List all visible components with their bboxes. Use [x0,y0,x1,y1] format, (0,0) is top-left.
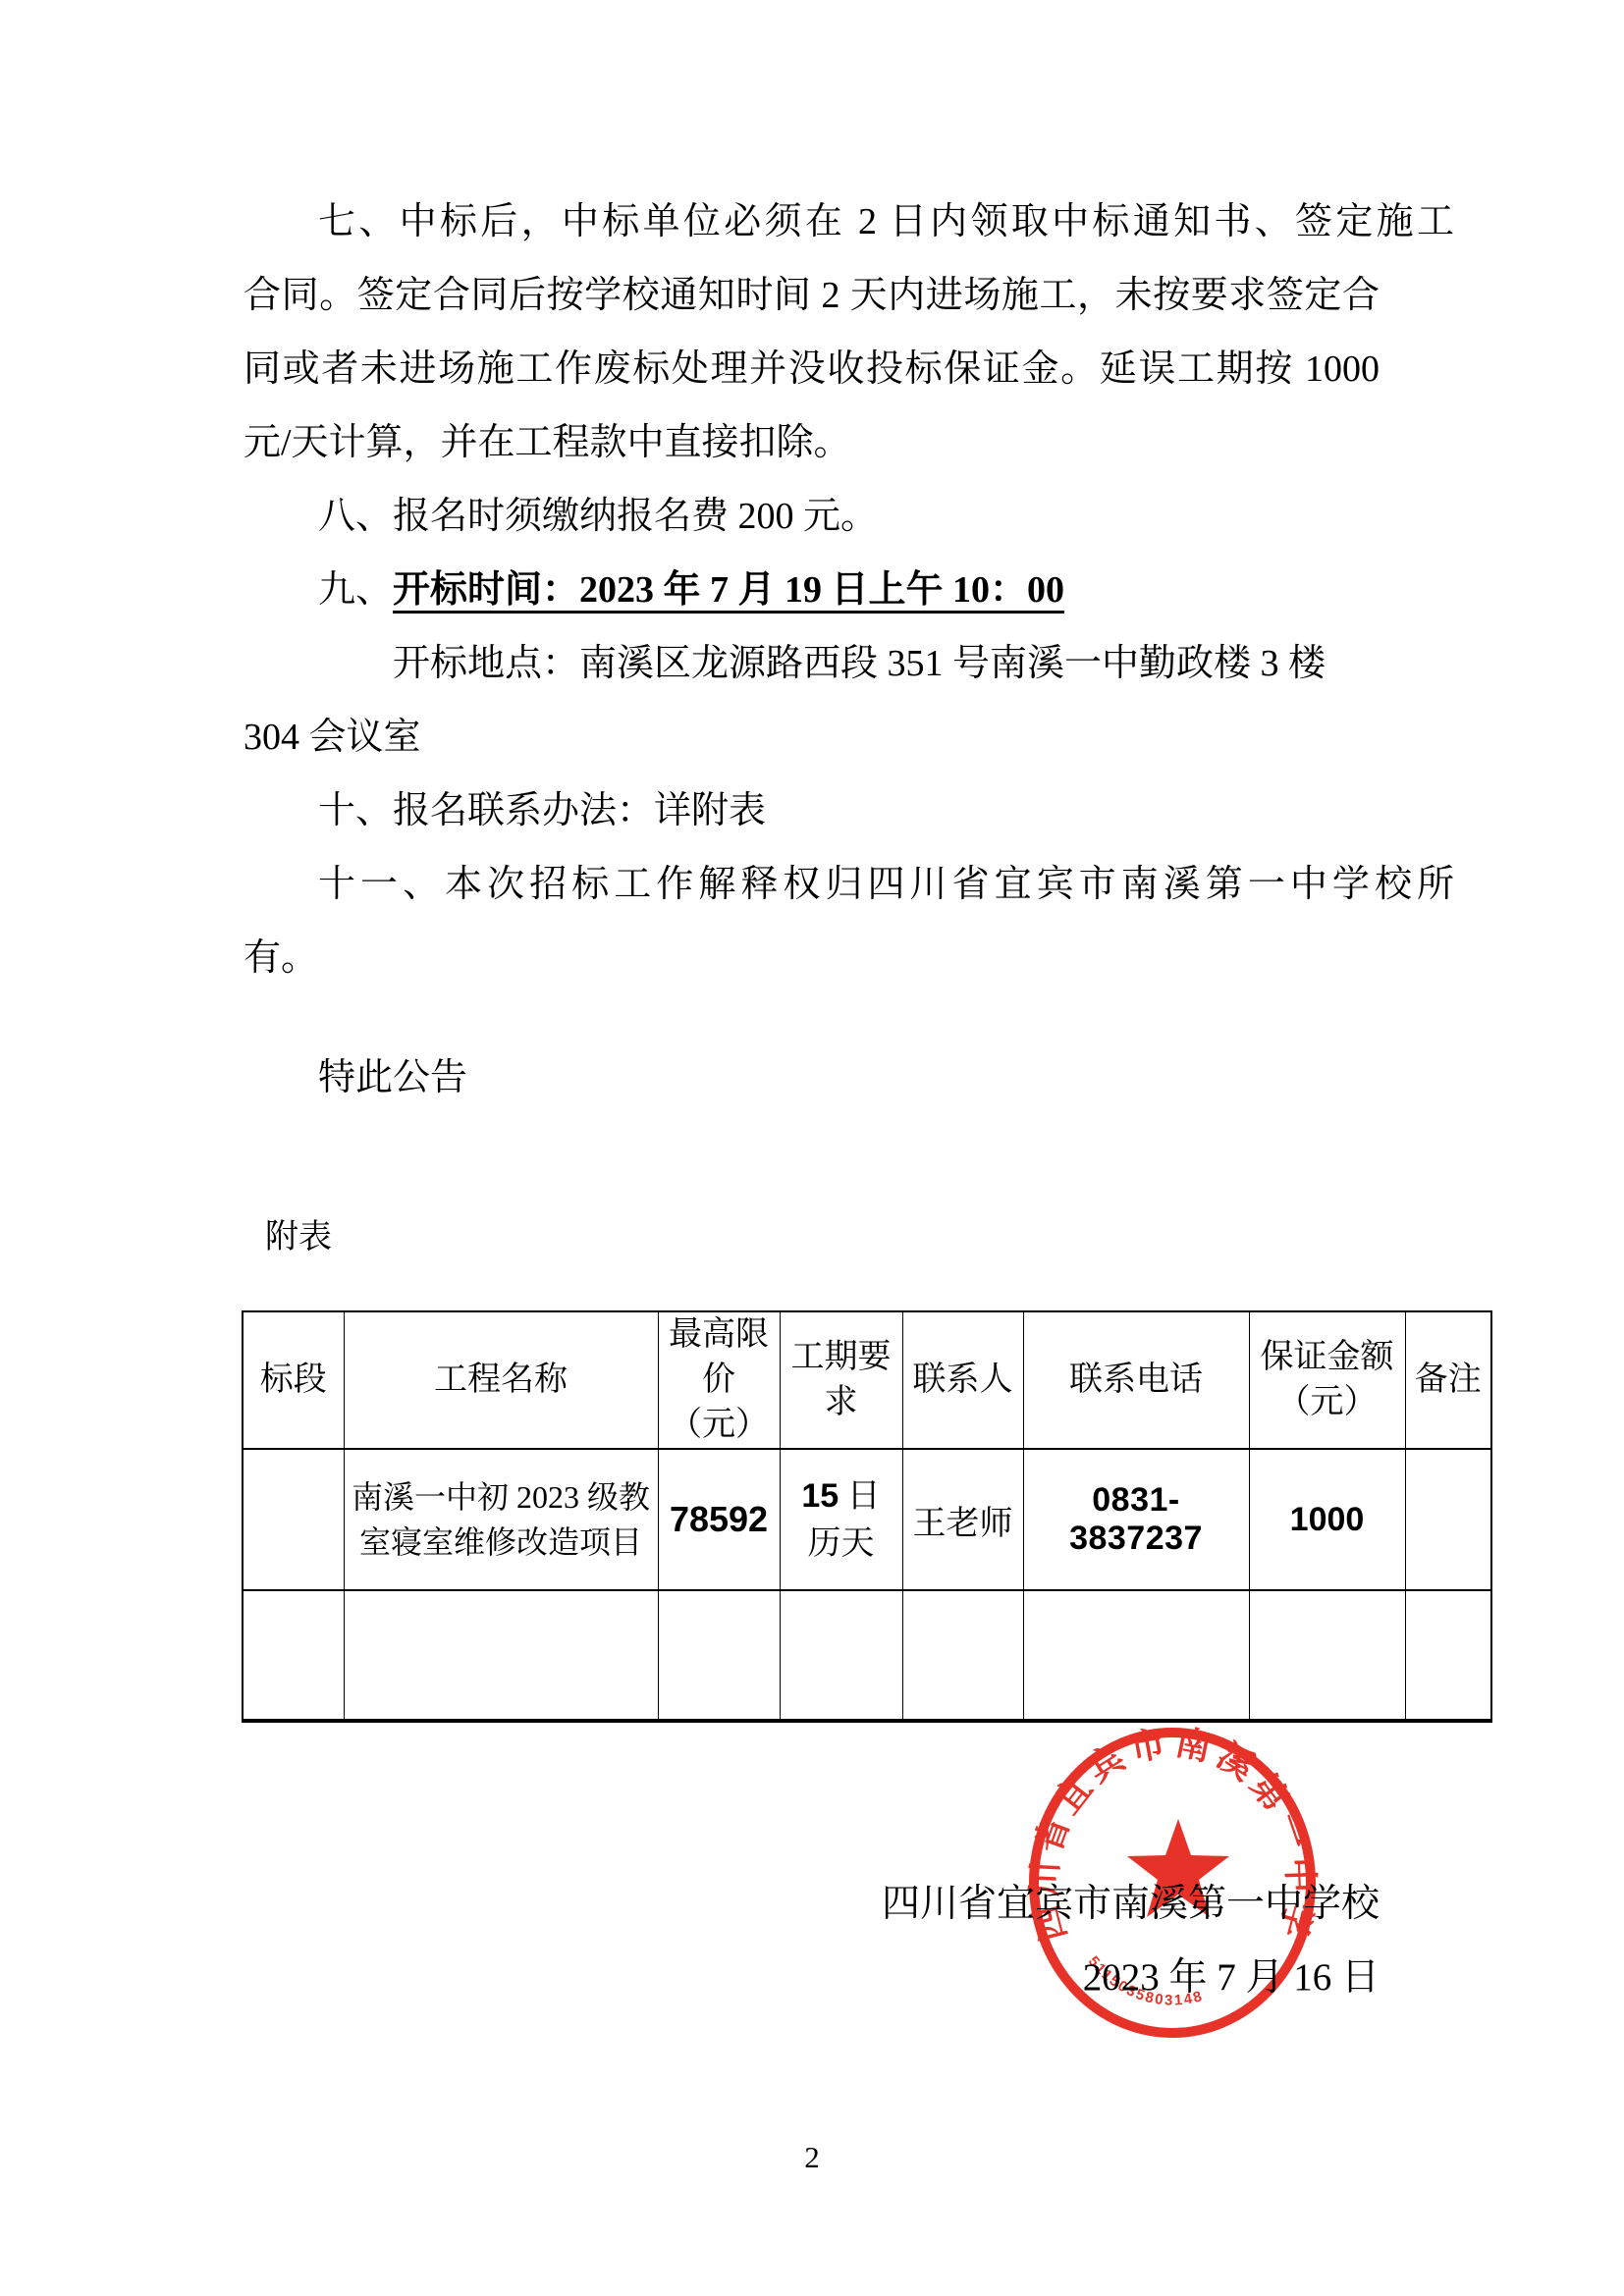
duration-days: 15 [801,1477,839,1515]
school-seal-stamp: 四川省宜宾市南溪第一中学校 5115035803148 [0,0,1624,2296]
cell-section [243,1590,344,1721]
cell-project-name: 南溪一中初 2023 级教室寝室维修改造项目 [344,1449,658,1590]
body-line-4: 元/天计算，并在工程款中直接扣除。 [244,420,1380,465]
header-project: 工程名称 [344,1311,658,1449]
table-row: 南溪一中初 2023 级教室寝室维修改造项目 78592 15 日 历天 王老师… [243,1449,1491,1590]
header-section: 标段 [243,1311,344,1449]
body-line-12: 特此公告 [244,1055,1454,1100]
table-row-empty [243,1590,1491,1721]
body-line-8: 304 会议室 [244,715,1380,760]
header-contact: 联系人 [902,1311,1023,1449]
cell-duration [780,1590,902,1721]
body-line-10: 十一、本次招标工作解释权归四川省宜宾市南溪第一中学校所 [244,862,1454,907]
cell-duration: 15 日 历天 [780,1449,902,1590]
body-line-2: 合同。签定合同后按学校通知时间 2 天内进场施工，未按要求签定合 [244,273,1380,318]
body-line-11: 有。 [244,935,1380,981]
cell-contact: 王老师 [902,1449,1023,1590]
body-line-9: 十、报名联系办法：详附表 [244,788,1454,833]
bid-info-table: 标段 工程名称 最高限价（元） 工期要求 联系人 联系电话 保证金额（元） 备注… [242,1310,1492,1723]
header-price: 最高限价（元） [658,1311,780,1449]
header-deposit: 保证金额（元） [1249,1311,1405,1449]
cell-remark [1405,1590,1491,1721]
header-remark: 备注 [1405,1311,1491,1449]
header-phone: 联系电话 [1023,1311,1249,1449]
cell-phone [1023,1590,1249,1721]
document-page: 七、中标后，中标单位必须在 2 日内领取中标通知书、签定施工 合同。签定合同后按… [0,0,1624,2296]
attachment-table-label: 附表 [265,1218,332,1257]
body-line-7: 开标地点：南溪区龙源路西段 351 号南溪一中勤政楼 3 楼 [244,641,1529,686]
table-header-row: 标段 工程名称 最高限价（元） 工期要求 联系人 联系电话 保证金额（元） 备注 [243,1311,1491,1449]
page-number: 2 [0,2140,1624,2175]
cell-contact [902,1590,1023,1721]
item-nine-number: 九、 [318,569,393,611]
body-line-3: 同或者未进场施工作废标处理并没收投标保证金。延误工期按 1000 [244,347,1380,392]
signature-organization: 四川省宜宾市南溪第一中学校 [244,1882,1380,1927]
cell-max-price [658,1590,780,1721]
cell-project-name [344,1590,658,1721]
body-line-5: 八、报名时须缴纳报名费 200 元。 [244,494,1454,539]
body-line-1: 七、中标后，中标单位必须在 2 日内领取中标通知书、签定施工 [244,199,1454,244]
body-line-6: 九、开标时间：2023 年 7 月 19 日上午 10：00 [244,567,1454,613]
duration-day-unit: 日 [847,1478,881,1515]
duration-calendar: 历天 [808,1525,875,1562]
cell-section [243,1449,344,1590]
cell-max-price: 78592 [658,1449,780,1590]
header-duration: 工期要求 [780,1311,902,1449]
cell-phone: 0831-3837237 [1023,1449,1249,1590]
cell-remark [1405,1449,1491,1590]
cell-deposit: 1000 [1249,1449,1405,1590]
cell-deposit [1249,1590,1405,1721]
bid-opening-time: 开标时间：2023 年 7 月 19 日上午 10：00 [393,569,1064,611]
signature-date: 2023 年 7 月 16 日 [244,1955,1380,2001]
